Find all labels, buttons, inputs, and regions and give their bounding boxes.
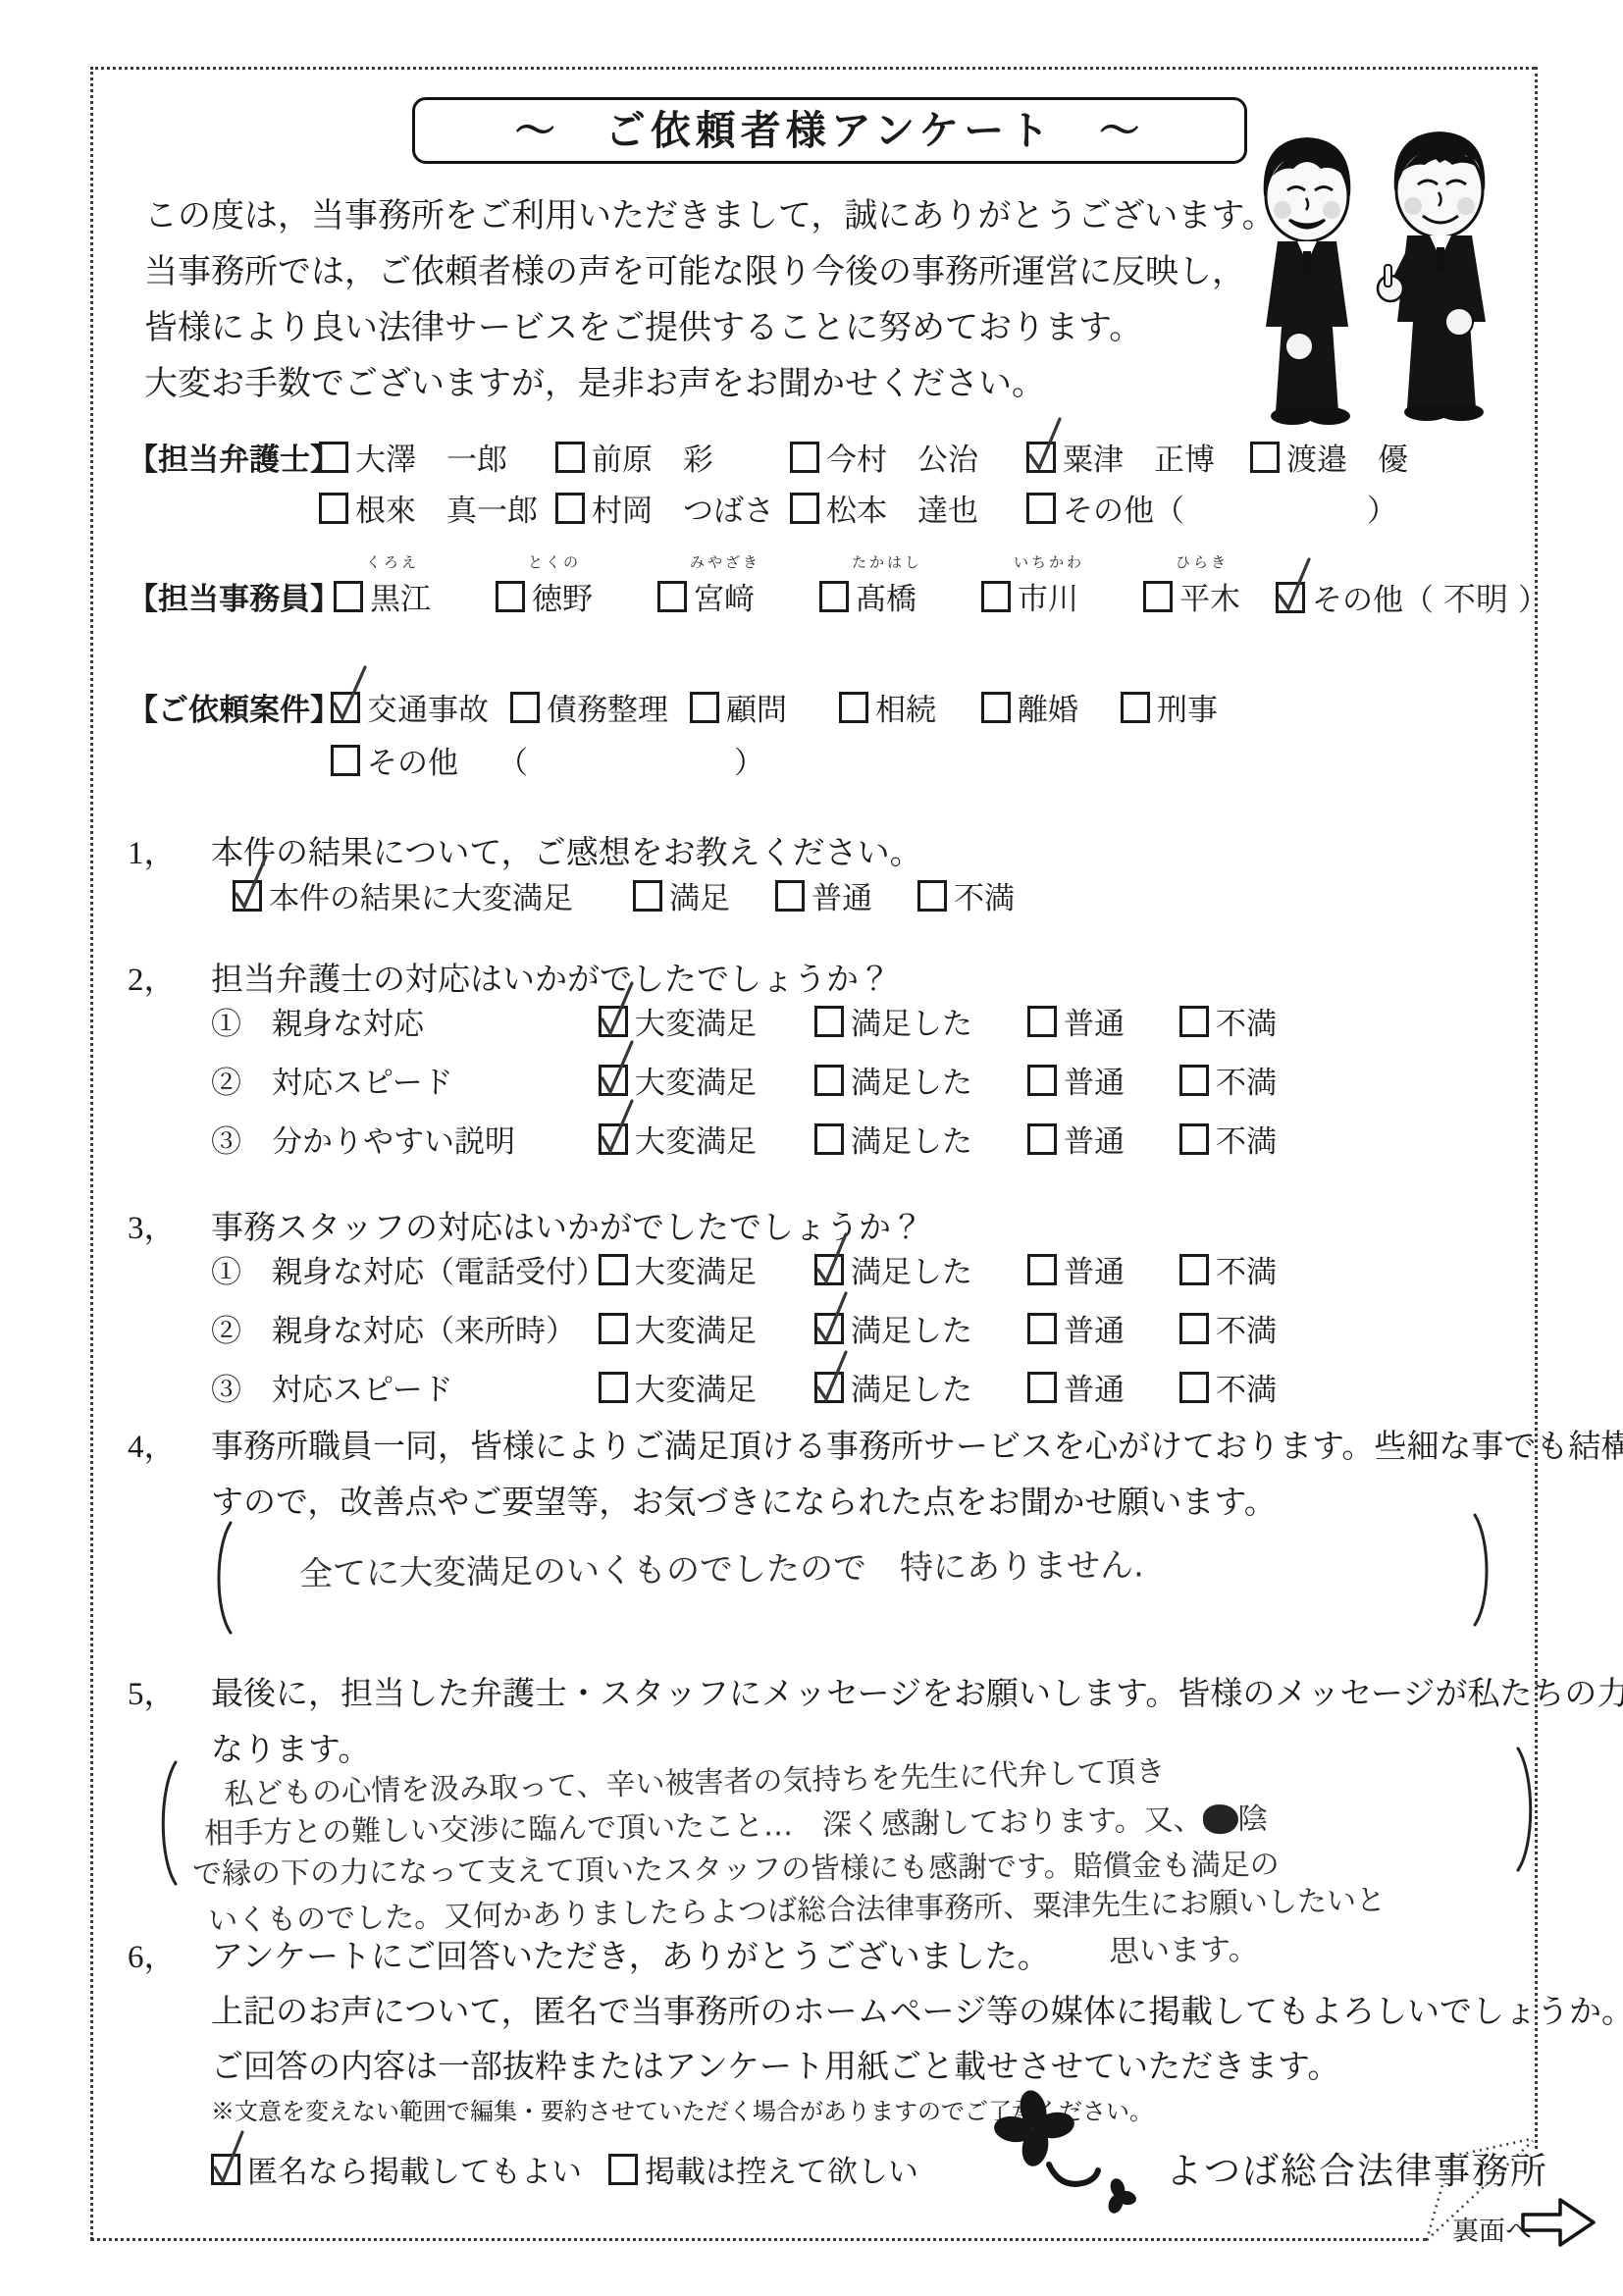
q2-text: 担当弁護士の対応はいかがでしたでしょうか？ (211, 954, 891, 1000)
q5-number: 5， (128, 1668, 177, 1714)
q2-option: 普通 (1027, 1117, 1125, 1161)
case-option: 債務整理 (510, 685, 668, 729)
intro-line: 当事務所では，ご依頼者様の声を可能な限り今後の事務所運営に反映し， (144, 244, 1245, 300)
checkbox[interactable] (1143, 581, 1173, 612)
q6-text-line: ご回答の内容は一部抜粋またはアンケート用紙ごと載せさせていただきます。 (211, 2041, 1339, 2087)
check-mark-icon (1024, 414, 1064, 473)
checkbox-checked[interactable] (814, 1372, 844, 1403)
checkbox-checked[interactable] (599, 1123, 628, 1155)
checkbox[interactable] (319, 442, 348, 473)
check-mark-icon (209, 2126, 248, 2185)
checkbox-checked[interactable] (233, 880, 262, 912)
staff-option: くろえ黒江 (334, 574, 431, 618)
checkbox-checked[interactable] (599, 1006, 628, 1037)
q4-text-line: すので，改善点やご要望等，お気づきになられた点をお聞かせ願います。 (211, 1477, 1277, 1523)
check-mark-icon (812, 1226, 852, 1285)
q2-row-label: ② 対応スピード (211, 1058, 453, 1102)
q2-option: 普通 (1027, 999, 1125, 1043)
attorney-option: 今村 公治 (790, 435, 978, 479)
checkbox[interactable] (1027, 1123, 1057, 1155)
q3-row-label: ③ 対応スピード (211, 1365, 453, 1409)
attorney-option-other: その他（ ） (1026, 486, 1397, 530)
checkbox-checked[interactable] (814, 1254, 844, 1285)
q3-row-label: ① 親身な対応（電話受付） (211, 1247, 606, 1291)
check-mark-icon (597, 1096, 636, 1155)
attorney-option: 大澤 一郎 (319, 435, 507, 479)
attorney-option: 前原 彩 (555, 435, 713, 479)
form-title: ～ ご依頼者様アンケート ～ (412, 97, 1247, 164)
intro-line: 皆様により良い法律サービスをご提供することに努めております。 (144, 300, 1142, 356)
staff-option: ひらき平木 (1143, 574, 1240, 618)
yotsuba-clover-logo (976, 2088, 1153, 2225)
staff-option: とくの徳野 (496, 574, 593, 618)
q3-option: 不満 (1179, 1306, 1277, 1350)
lawyers-illustration (1238, 126, 1515, 428)
intro-line: 大変お手数でございますが，是非お声をお聞かせください。 (144, 356, 1045, 412)
checkbox-checked[interactable] (211, 2154, 240, 2185)
case-option: 刑事 (1121, 685, 1218, 729)
attorney-option: 根來 真一郎 (319, 486, 538, 530)
q5-text-line: 最後に，担当した弁護士・スタッフにメッセージをお願いします。皆様のメッセージが私… (211, 1668, 1623, 1714)
q2-number: 2， (128, 954, 177, 1000)
checkbox[interactable] (1250, 442, 1280, 473)
q3-row-label: ② 親身な対応（来所時） (211, 1306, 576, 1350)
ink-smudge (1202, 1804, 1237, 1834)
checkbox[interactable] (775, 880, 805, 912)
check-mark-icon (329, 664, 368, 723)
q2-option: 満足した (814, 1117, 972, 1161)
q1-option-checked: 本件の結果に大変満足 (233, 873, 573, 917)
staff-option-other-checked: その他（不明） (1276, 574, 1548, 620)
checkbox[interactable] (319, 493, 348, 524)
q2-option-checked: 大変満足 (599, 1117, 757, 1161)
cases-label: 【ご依頼案件】 (128, 685, 340, 729)
checkbox[interactable] (334, 581, 363, 612)
page-border-top (90, 67, 1535, 70)
checkbox[interactable] (790, 493, 819, 524)
checkbox[interactable] (1027, 1372, 1057, 1403)
check-mark-icon (812, 1344, 852, 1403)
checkbox[interactable] (1179, 1313, 1209, 1344)
q6-text-line: 上記のお声について，匿名で当事務所のホームページ等の媒体に掲載してもよろしいでし… (211, 1986, 1623, 2032)
check-mark-icon (1274, 554, 1313, 613)
attorney-option: 渡邉 優 (1250, 435, 1408, 479)
checkbox[interactable] (1179, 1254, 1209, 1285)
q1-number: 1， (128, 827, 177, 873)
q6-number: 6， (128, 1931, 177, 1977)
checkbox[interactable] (1027, 1006, 1057, 1037)
checkbox[interactable] (555, 442, 585, 473)
attorney-option: 村岡 つばさ (555, 486, 774, 530)
checkbox[interactable] (917, 880, 947, 912)
intro-line: この度は，当事務所をご利用いただきまして，誠にありがとうございます。 (144, 188, 1276, 244)
checkbox[interactable] (1026, 493, 1056, 524)
q3-option: 不満 (1179, 1247, 1277, 1291)
checkbox[interactable] (608, 2154, 638, 2185)
checkbox[interactable] (839, 692, 868, 723)
q2-row-label: ③ 分かりやすい説明 (211, 1117, 515, 1161)
q3-option: 普通 (1027, 1365, 1125, 1409)
publish-option: 掲載は控えて欲しい (608, 2147, 918, 2191)
q3-option: 不満 (1179, 1365, 1277, 1409)
check-mark-icon (597, 978, 636, 1037)
answer-open-bracket (208, 1519, 236, 1637)
page-border-bottom (90, 2238, 1427, 2241)
staff-label: 【担当事務員】 (128, 574, 340, 618)
attorney-option-checked: 粟津 正博 (1026, 435, 1215, 479)
q2-option: 満足した (814, 999, 972, 1043)
checkbox[interactable] (1179, 1065, 1209, 1096)
checkbox[interactable] (814, 1006, 844, 1037)
back-arrow-icon (1519, 2194, 1597, 2251)
checkbox[interactable] (1027, 1313, 1057, 1344)
checkbox[interactable] (690, 692, 719, 723)
handwritten-staff-other: 不明 (1434, 580, 1518, 618)
checkbox-checked[interactable] (814, 1313, 844, 1344)
check-mark-icon (812, 1285, 852, 1344)
case-option-checked: 交通事故 (331, 685, 489, 729)
q4-number: 4， (128, 1421, 177, 1467)
checkbox-checked[interactable] (1276, 582, 1305, 613)
checkbox[interactable] (1121, 692, 1150, 723)
case-option: 相続 (839, 685, 936, 729)
case-option-other: その他（） (331, 738, 764, 782)
q2-option: 不満 (1179, 999, 1277, 1043)
checkbox-checked[interactable] (331, 692, 360, 723)
publish-option-checked: 匿名なら掲載してもよい (211, 2147, 582, 2191)
check-mark-icon (231, 853, 270, 912)
checkbox[interactable] (1179, 1123, 1209, 1155)
checkbox[interactable] (555, 493, 585, 524)
answer-open-bracket (153, 1758, 181, 1888)
staff-option: いちかわ市川 (981, 574, 1078, 618)
checkbox-checked[interactable] (599, 1065, 628, 1096)
q1-option: 満足 (633, 873, 730, 917)
checkbox[interactable] (1179, 1006, 1209, 1037)
answer-close-bracket (1470, 1511, 1497, 1629)
q3-option: 大変満足 (599, 1247, 757, 1291)
checkbox[interactable] (599, 1372, 628, 1403)
q2-option: 不満 (1179, 1117, 1277, 1161)
q2-option: 不満 (1179, 1058, 1277, 1102)
checkbox[interactable] (981, 581, 1011, 612)
checkbox[interactable] (814, 1123, 844, 1155)
checkbox[interactable] (633, 880, 662, 912)
checkbox-checked[interactable] (1026, 442, 1056, 473)
q2-option: 普通 (1027, 1058, 1125, 1102)
checkbox[interactable] (981, 692, 1011, 723)
staff-option: たかはし髙橋 (819, 574, 916, 618)
survey-form-page: ～ ご依頼者様アンケート ～ この度は，当事務所をご利用いただきまして，誠にあり… (0, 0, 1623, 2296)
q5-handwritten-line: 思います。 (1109, 1924, 1259, 1971)
checkbox[interactable] (819, 581, 849, 612)
q3-option-checked: 満足した (814, 1365, 972, 1409)
q2-row-label: ① 親身な対応 (211, 999, 424, 1043)
q3-option: 普通 (1027, 1247, 1125, 1291)
checkbox[interactable] (1027, 1254, 1057, 1285)
q4-handwritten-answer: 全てに大変満足のいくものでしたので 特にありません. (299, 1538, 1144, 1594)
q3-number: 3， (128, 1202, 177, 1248)
checkbox[interactable] (657, 581, 687, 612)
q1-option: 不満 (917, 873, 1015, 917)
q1-text: 本件の結果について，ご感想をお教えください。 (211, 827, 922, 873)
check-mark-icon (597, 1037, 636, 1096)
checkbox[interactable] (510, 692, 540, 723)
q1-option: 普通 (775, 873, 872, 917)
q3-option: 普通 (1027, 1306, 1125, 1350)
q5-text-line: なります。 (211, 1724, 370, 1770)
checkbox[interactable] (1027, 1065, 1057, 1096)
checkbox[interactable] (599, 1313, 628, 1344)
answer-close-bracket (1513, 1745, 1541, 1874)
q6-text-line: アンケートにご回答いただき，ありがとうございました。 (211, 1931, 1050, 1977)
checkbox[interactable] (599, 1254, 628, 1285)
checkbox[interactable] (331, 745, 360, 776)
q4-text-line: 事務所職員一同，皆様によりご満足頂ける事務所サービスを心がけております。些細な事… (211, 1421, 1623, 1467)
checkbox[interactable] (790, 442, 819, 473)
q3-option: 大変満足 (599, 1365, 757, 1409)
checkbox[interactable] (814, 1065, 844, 1096)
attorney-option: 松本 達也 (790, 486, 978, 530)
case-option: 顧問 (690, 685, 787, 729)
q3-option: 大変満足 (599, 1306, 757, 1350)
page-border-left (90, 67, 93, 2240)
case-option: 離婚 (981, 685, 1078, 729)
q2-option: 満足した (814, 1058, 972, 1102)
checkbox[interactable] (1179, 1372, 1209, 1403)
staff-option: みやざき宮﨑 (657, 574, 755, 618)
attorneys-label: 【担当弁護士】 (128, 435, 340, 479)
checkbox[interactable] (496, 581, 525, 612)
